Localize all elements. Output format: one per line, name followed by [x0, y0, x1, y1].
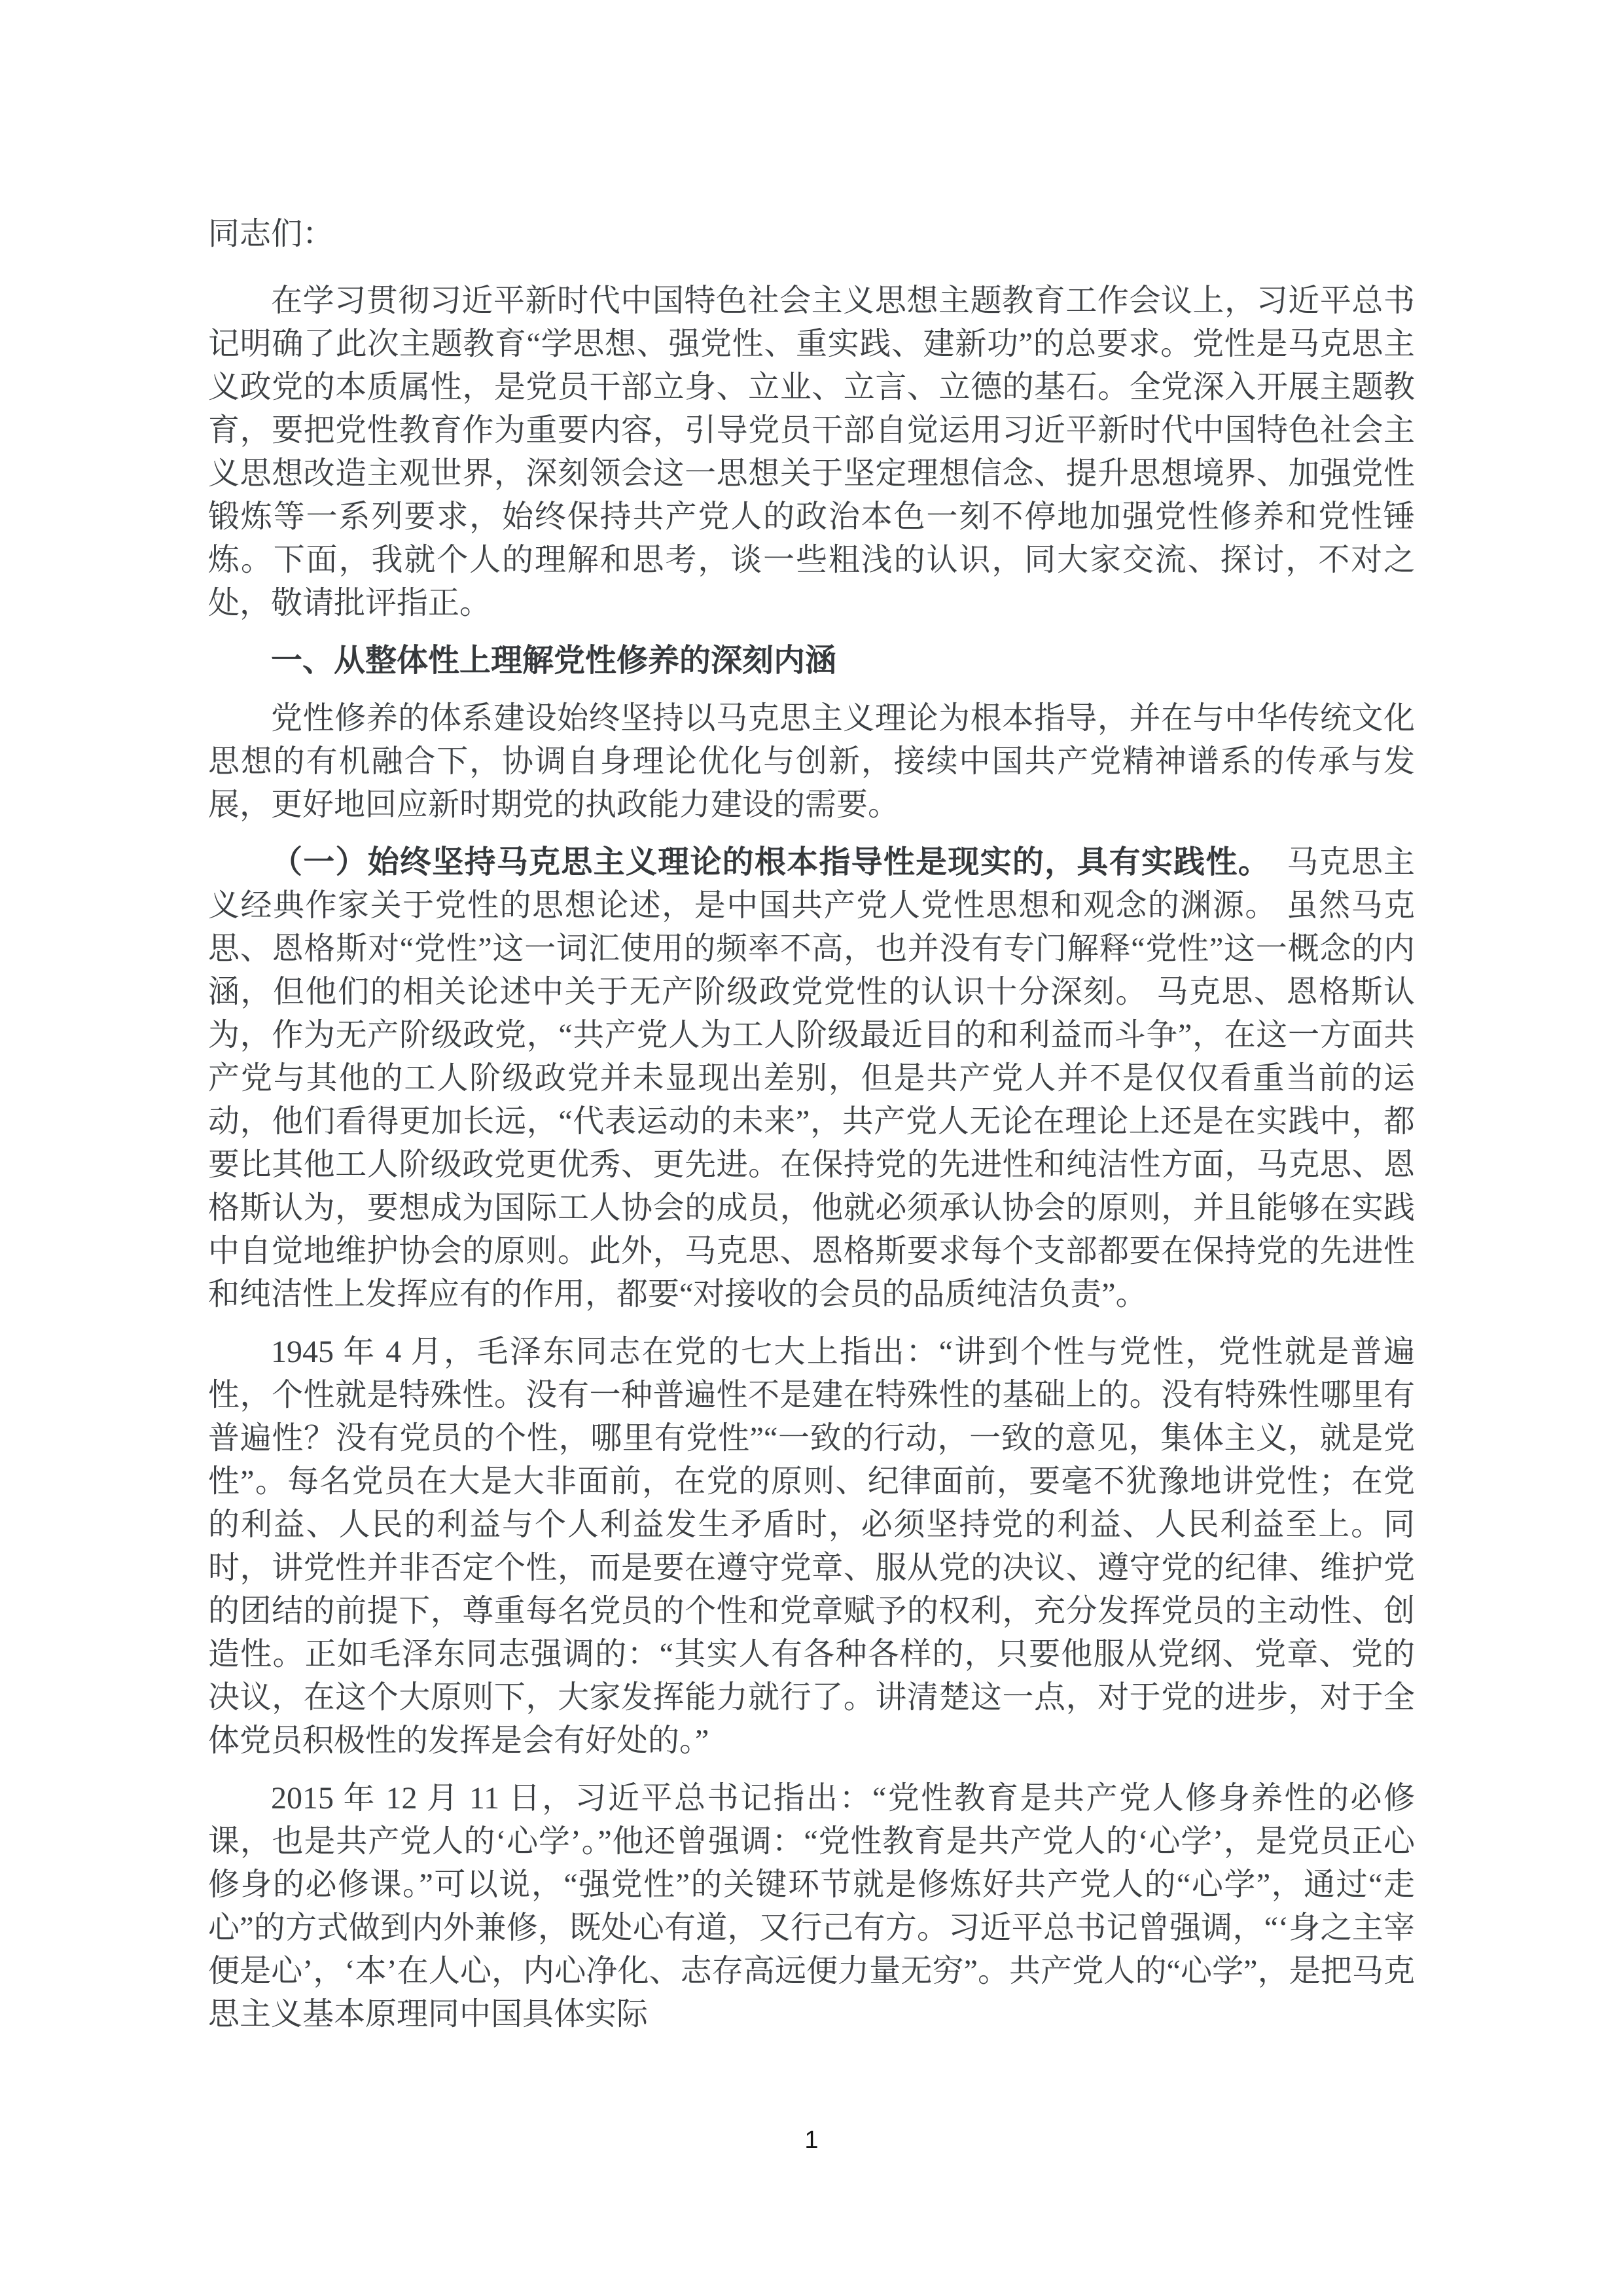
section-heading-1: 一、从整体性上理解党性修养的深刻内涵	[208, 639, 1415, 683]
paragraph-mao-1945: 1945 年 4 月，毛泽东同志在党的七大上指出：“讲到个性与党性，党性就是普遍…	[208, 1331, 1415, 1763]
paragraph-intro: 在学习贯彻习近平新时代中国特色社会主义思想主题教育工作会议上，习近平总书记明确了…	[208, 279, 1415, 625]
paragraph-marxism-bold-lead: （一）始终坚持马克思主义理论的根本指导性是现实的，具有实践性。	[271, 845, 1255, 880]
page-number: 1	[0, 2126, 1623, 2155]
document-page: 同志们： 在学习贯彻习近平新时代中国特色社会主义思想主题教育工作会议上，习近平总…	[0, 0, 1623, 2296]
paragraph-marxism: （一）始终坚持马克思主义理论的根本指导性是现实的，具有实践性。 马克思主义经典作…	[208, 841, 1415, 1316]
salutation: 同志们：	[208, 213, 1415, 256]
paragraph-marxism-body: 马克思主义经典作家关于党性的思想论述，是中国共产党人党性思想和观念的渊源。 虽然…	[208, 845, 1415, 1312]
paragraph-xi-2015: 2015 年 12 月 11 日，习近平总书记指出：“党性教育是共产党人修身养性…	[208, 1777, 1415, 2036]
paragraph-overview: 党性修养的体系建设始终坚持以马克思主义理论为根本指导，并在与中华传统文化思想的有…	[208, 697, 1415, 827]
